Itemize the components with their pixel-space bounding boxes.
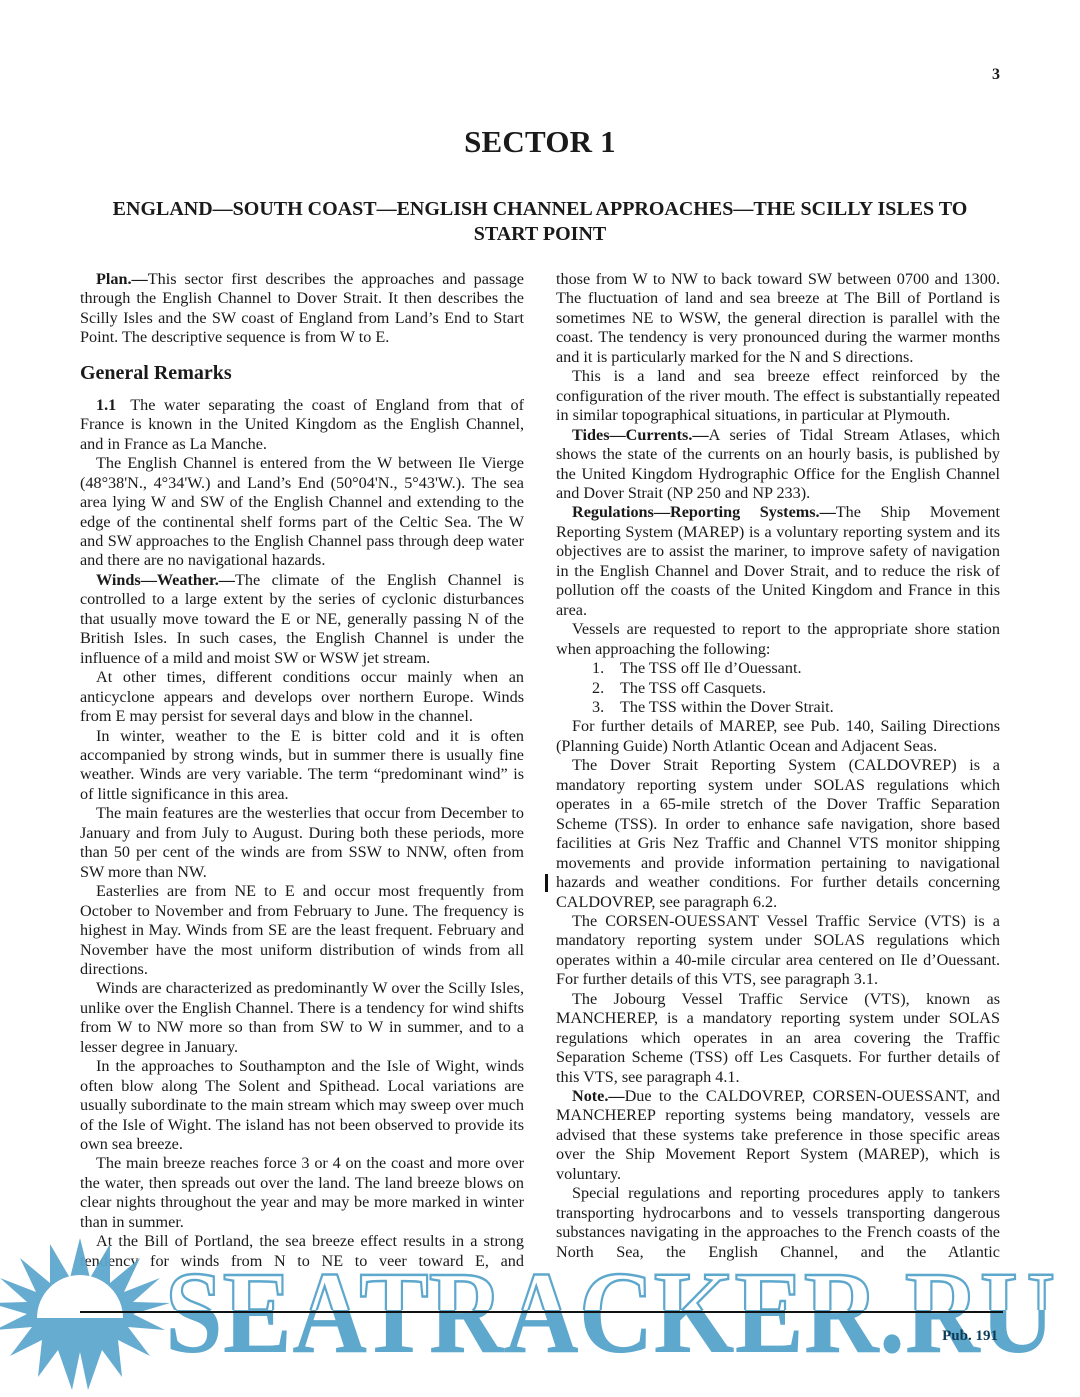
plan-runin: Plan.— bbox=[96, 270, 148, 288]
paragraph-1-1: 1.1The water separating the coast of Eng… bbox=[80, 396, 524, 454]
sector-subtitle: ENGLAND—SOUTH COAST—ENGLISH CHANNEL APPR… bbox=[80, 197, 1000, 247]
plan-paragraph: Plan.—This sector first describes the ap… bbox=[80, 270, 524, 348]
paragraph: The main breeze reaches force 3 or 4 on … bbox=[80, 1154, 524, 1232]
publication-label: Pub. 191 bbox=[942, 1328, 998, 1345]
page-number: 3 bbox=[992, 66, 1000, 84]
regulations-paragraph: Regulations—Reporting Systems.—The Ship … bbox=[556, 503, 1000, 620]
paragraph: At the Bill of Portland, the sea breeze … bbox=[80, 1232, 524, 1271]
list-item: 2.The TSS off Casquets. bbox=[556, 679, 1000, 698]
paragraph: The English Channel is entered from the … bbox=[80, 454, 524, 571]
note-paragraph: Note.—Due to the CALDOVREP, CORSEN-OUESS… bbox=[556, 1087, 1000, 1184]
paragraph: In winter, weather to the E is bitter co… bbox=[80, 727, 524, 805]
paragraph: At other times, different conditions occ… bbox=[80, 668, 524, 726]
paragraph: Easterlies are from NE to E and occur mo… bbox=[80, 882, 524, 979]
winds-weather-paragraph: Winds—Weather.—The climate of the Englis… bbox=[80, 571, 524, 668]
paragraph: The main features are the westerlies tha… bbox=[80, 804, 524, 882]
left-column: Plan.—This sector first describes the ap… bbox=[80, 270, 524, 1271]
right-column: those from W to NW to back toward SW bet… bbox=[556, 270, 1000, 1262]
tides-currents-paragraph: Tides—Currents.—A series of Tidal Stream… bbox=[556, 426, 1000, 504]
paragraph-continued: those from W to NW to back toward SW bet… bbox=[556, 270, 1000, 367]
sector-title: SECTOR 1 bbox=[0, 124, 1080, 160]
footer-rule bbox=[80, 1311, 1003, 1313]
general-remarks-heading: General Remarks bbox=[80, 360, 524, 386]
paragraph: Special regulations and reporting proced… bbox=[556, 1184, 1000, 1262]
paragraph: The CORSEN-OUESSANT Vessel Traffic Servi… bbox=[556, 912, 1000, 990]
paragraph: This is a land and sea breeze effect rei… bbox=[556, 367, 1000, 425]
paragraph: In the approaches to Southampton and the… bbox=[80, 1057, 524, 1154]
paragraph: For further details of MAREP, see Pub. 1… bbox=[556, 717, 1000, 756]
paragraph: The Dover Strait Reporting System (CALDO… bbox=[556, 756, 1000, 912]
list-item: 1.The TSS off Ile d’Ouessant. bbox=[556, 659, 1000, 678]
list-item: 3.The TSS within the Dover Strait. bbox=[556, 698, 1000, 717]
paragraph: Winds are characterized as predominantly… bbox=[80, 979, 524, 1057]
paragraph-number: 1.1 bbox=[96, 396, 116, 414]
paragraph: The Jobourg Vessel Traffic Service (VTS)… bbox=[556, 990, 1000, 1087]
paragraph: Vessels are requested to report to the a… bbox=[556, 620, 1000, 659]
change-bar bbox=[545, 874, 548, 892]
